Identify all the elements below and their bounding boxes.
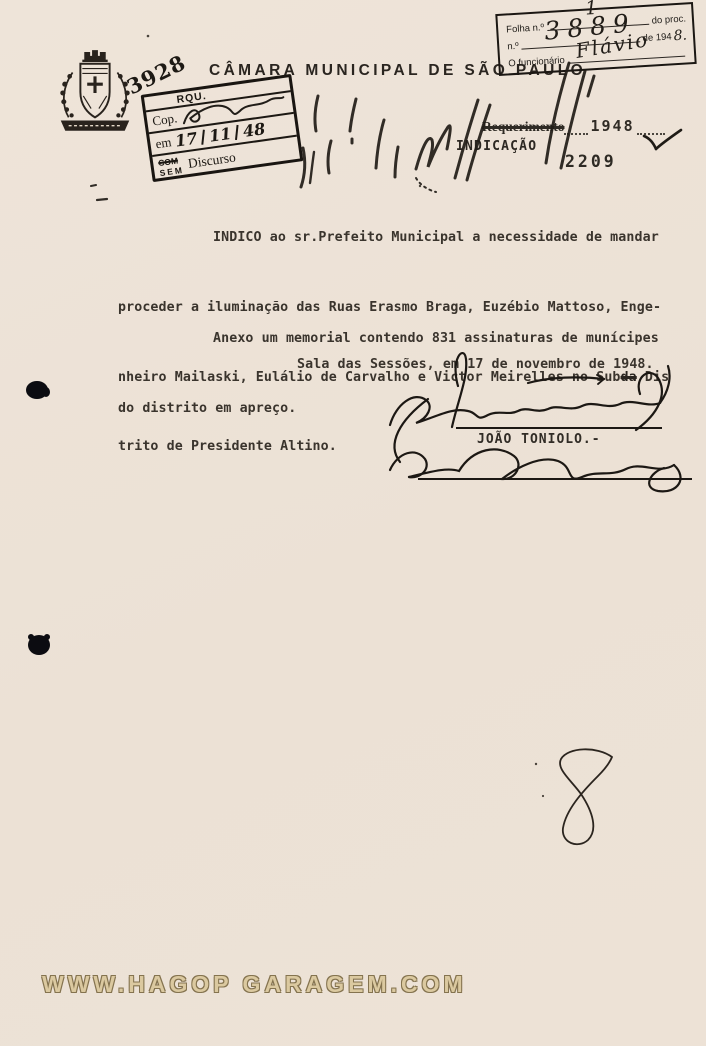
body-line: do distrito em apreço. [118,397,693,420]
funcionario-label: O funcionário [508,55,565,69]
handwritten-year-digit: 8. [673,27,687,44]
cop-label: Cop. [151,110,178,129]
proc-suffix-label: do proc. [651,13,686,26]
dotted-leader [637,121,665,135]
em-label: em [154,134,172,152]
handwritten-folha-number: 1 [584,0,597,20]
handwritten-date-day: 17 [174,129,199,151]
date-separator [235,125,239,140]
folha-label: Folha n.º [506,22,544,35]
archive-date-stamp: RQU. Cop. em 17 11 48 COM SEM Discurso [141,74,304,182]
numero-label: n.º [507,41,519,53]
discurso-label: Discurso [187,149,237,172]
requerimento-struck-label: Requerimento [482,119,564,135]
watermark-text: WWW.HAGOP GARAGEM.COM [42,971,467,998]
signature-rule-2 [418,478,692,480]
date-separator [201,130,205,145]
figure-eight-doodle [560,749,612,844]
scanned-document-page: CÂMARA MUNICIPAL DE SÃO PAULO Folha n.º … [0,0,706,1046]
signer-typed-name: JOÃO TONIOLO.- [477,432,601,447]
dotted-leader [564,121,588,135]
signature-rule-1 [456,427,662,429]
sao-paulo-coat-of-arms [56,46,134,138]
document-number: 2209 [565,152,617,171]
body-line: INDICO ao sr.Prefeito Municipal a necess… [118,226,693,249]
folha-processo-stamp: Folha n.º do proc. n.º de 194 8. O funci… [495,2,696,76]
document-kind-label: INDICAÇÃO [456,139,537,154]
document-type-line: Requerimento 1948 [482,117,665,135]
body-line: Anexo um memorial contendo 831 assinatur… [118,327,693,350]
dateline: Sala das Sessões, em 17 de novembro de 1… [297,353,654,376]
sem-label: SEM [159,164,185,177]
type-line-year: 1948 [590,117,634,135]
ink-blot [26,381,50,655]
